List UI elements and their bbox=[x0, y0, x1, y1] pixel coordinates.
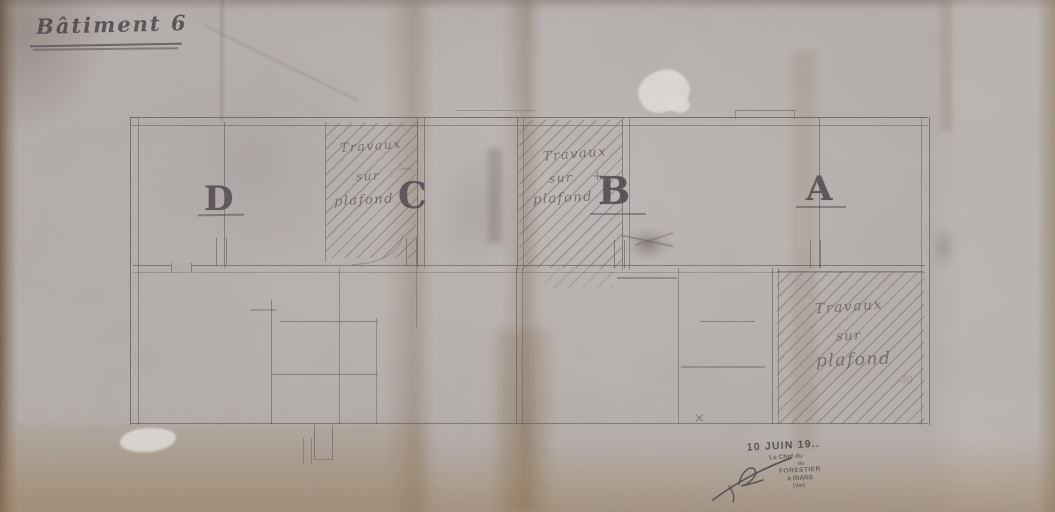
ceiling-note-line: sur bbox=[549, 171, 574, 185]
pencil-smudge bbox=[488, 148, 502, 243]
signature-mark bbox=[705, 450, 797, 508]
wall-lower-vertical bbox=[416, 268, 419, 328]
signature-stroke bbox=[729, 486, 734, 502]
dimension-note: 30 bbox=[899, 375, 913, 387]
ceiling-note-line: plafond bbox=[533, 190, 594, 206]
paper-smudge bbox=[930, 225, 956, 270]
tick-marks bbox=[303, 438, 312, 464]
wall-lower-room-left bbox=[271, 300, 274, 424]
section-label-c: C bbox=[398, 178, 427, 214]
paper-stain-streak bbox=[940, 0, 952, 130]
stair-line bbox=[272, 374, 378, 377]
scanned-plan-sheet: Bâtiment 6 D C B A Travaux bbox=[0, 0, 1055, 512]
hatch-zone-a-room bbox=[777, 271, 924, 424]
sheet-title: Bâtiment 6 bbox=[36, 12, 188, 37]
ceiling-note-line: plafond bbox=[334, 192, 395, 208]
stair-line bbox=[280, 321, 378, 324]
wall-lower-vertical bbox=[376, 318, 379, 424]
section-label-d: D bbox=[204, 182, 233, 216]
plus-mark: + bbox=[592, 170, 603, 183]
window-line bbox=[700, 321, 755, 324]
wall-lower-vertical bbox=[339, 268, 342, 424]
section-label-underline bbox=[796, 206, 846, 208]
door-opening bbox=[171, 263, 192, 272]
ceiling-note-line: plafond bbox=[816, 351, 892, 371]
wall-lower-b-continuation bbox=[516, 268, 523, 424]
stair-line bbox=[250, 309, 276, 311]
door-jamb bbox=[216, 238, 227, 266]
wall-top-step bbox=[735, 110, 795, 119]
cross-mark: × bbox=[694, 412, 705, 425]
ceiling-note-line: sur bbox=[356, 169, 381, 182]
wall-lower-vertical bbox=[678, 268, 681, 424]
ceiling-note-line: sur bbox=[836, 329, 862, 343]
wall-lower-horizontal bbox=[681, 366, 765, 368]
door-jamb bbox=[810, 240, 821, 268]
section-label-flourish bbox=[398, 168, 414, 177]
section-label-underline bbox=[590, 213, 646, 215]
porch-step bbox=[314, 425, 333, 460]
hatch-zone-b-spill bbox=[545, 268, 613, 288]
section-label-a: A bbox=[806, 172, 832, 206]
paper-shading bbox=[430, 140, 520, 280]
threshold-line bbox=[617, 277, 677, 279]
